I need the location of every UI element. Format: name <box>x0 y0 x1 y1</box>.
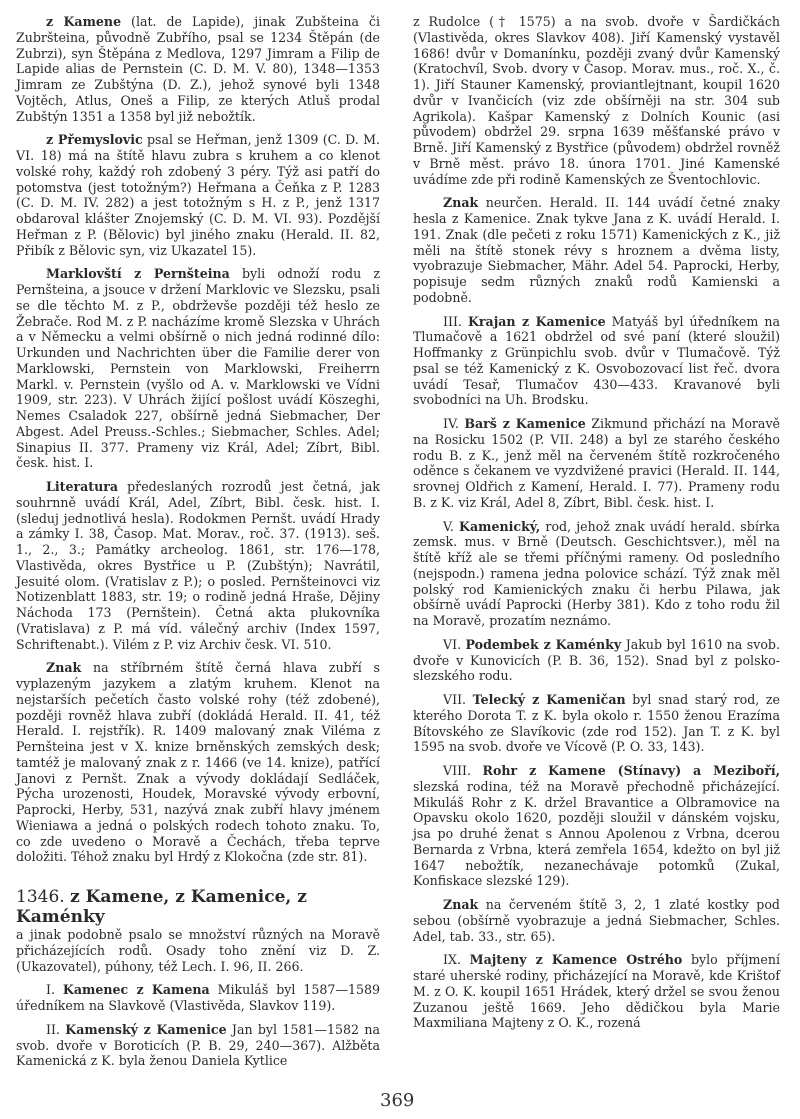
entry-lead: Kamenský z Kamenice <box>65 1022 226 1037</box>
entry-znak: Znak na stříbrném štítě černá hlava zubř… <box>16 660 380 865</box>
entry-numeral: IV. <box>443 416 464 431</box>
entry-text: předeslaných rozrodů jest četná, jak sou… <box>16 479 380 652</box>
entry-lead: Podembek z Kaménky <box>466 637 622 652</box>
left-column: z Kamene (lat. de Lapide), jinak Zubštei… <box>16 14 380 1077</box>
entry-majteny: IX. Majteny z Kamence Ostrého bylo příjm… <box>413 952 780 1031</box>
entry-znak-neurcen: Znak neurčen. Herald. II. 144 uvádí četn… <box>413 195 780 305</box>
entry-lead: Kamenec z Kamena <box>63 982 210 997</box>
right-column: z Rudolce († 1575) a na svob. dvoře v Ša… <box>413 14 780 1039</box>
entry-lead: Telecký z Kameničan <box>473 692 626 707</box>
entry-lead: Kamenický, <box>459 519 540 534</box>
entry-numeral: VII. <box>443 692 473 707</box>
entry-numeral: V. <box>443 519 459 534</box>
entry-podembek: VI. Podembek z Kaménky Jakub byl 1610 na… <box>413 637 780 684</box>
entry-numeral: VIII. <box>443 763 483 778</box>
entry-numeral: IX. <box>443 952 470 967</box>
entry-lead: z Kamene <box>46 14 121 29</box>
entry-literatura: Literatura předeslaných rozrodů jest čet… <box>16 479 380 652</box>
document-page: z Kamene (lat. de Lapide), jinak Zubštei… <box>0 0 800 1119</box>
entry-rohr: VIII. Rohr z Kamene (Stínavy) a Meziboří… <box>413 763 780 889</box>
entry-lead: Znak <box>46 660 81 675</box>
entry-z-premyslovic: z Přemyslovic psal se Heřman, jenž 1309 … <box>16 132 380 258</box>
entry-lead: Krajan z Kamenice <box>468 314 606 329</box>
entry-znak-rohr: Znak na červeném štítě 3, 2, 1 zlaté kos… <box>413 897 780 944</box>
entry-bars: IV. Barš z Kamenice Zikmund přichází na … <box>413 416 780 511</box>
entry-text: na stříbrném štítě černá hlava zubří s v… <box>16 660 380 864</box>
entry-text: rod, jehož znak uvádí herald. sbírka zem… <box>413 519 780 629</box>
entry-lead: Znak <box>443 897 478 912</box>
entry-kamenec: I. Kamenec z Kamena Mikuláš byl 1587—158… <box>16 982 380 1014</box>
entry-numeral: III. <box>443 314 468 329</box>
entry-z-kamene: z Kamene (lat. de Lapide), jinak Zubštei… <box>16 14 380 124</box>
entry-lead: Majteny z Kamence Ostrého <box>470 952 683 967</box>
section-heading: 1346. z Kamene, z Kamenice, z Kaménky <box>16 887 380 927</box>
entry-marklovsti: Marklovští z Pernšteina byli odnoží rodu… <box>16 266 380 471</box>
entry-lead: Znak <box>443 195 478 210</box>
entry-text: neurčen. Herald. II. 144 uvádí četné zna… <box>413 195 780 305</box>
entry-telecky: VII. Telecký z Kameničan byl snad starý … <box>413 692 780 755</box>
section-number: 1346. <box>16 887 65 907</box>
entry-text: (lat. de Lapide), jinak Zubšteina či Zub… <box>16 14 380 124</box>
entry-numeral: VI. <box>443 637 466 652</box>
entry-lead: Rohr z Kamene (Stínavy) a Meziboří, <box>483 763 780 778</box>
entry-numeral: I. <box>46 982 63 997</box>
section-intro: a jinak podobně psalo se množství různýc… <box>16 927 380 974</box>
entry-text: slezská rodina, též na Moravě přechodně … <box>413 779 780 889</box>
entry-continuation: z Rudolce († 1575) a na svob. dvoře v Ša… <box>413 14 780 187</box>
entry-text: psal se Heřman, jenž 1309 (C. D. M. VI. … <box>16 132 380 257</box>
entry-kamenicky: V. Kamenický, rod, jehož znak uvádí hera… <box>413 519 780 629</box>
entry-text: byli odnoží rodu z Pernšteina, a jsouce … <box>16 266 380 470</box>
entry-krajan: III. Krajan z Kamenice Matyáš byl úřední… <box>413 314 780 409</box>
entry-lead: Marklovští z Pernšteina <box>46 266 230 281</box>
entry-lead: Literatura <box>46 479 118 494</box>
entry-lead: Barš z Kamenice <box>464 416 585 431</box>
entry-lead: z Přemyslovic <box>46 132 143 147</box>
entry-kamensky: II. Kamenský z Kamenice Jan byl 1581—158… <box>16 1022 380 1069</box>
entry-numeral: II. <box>46 1022 65 1037</box>
page-number: 369 <box>380 1090 414 1111</box>
entry-text: z Rudolce († 1575) a na svob. dvoře v Ša… <box>413 14 780 187</box>
